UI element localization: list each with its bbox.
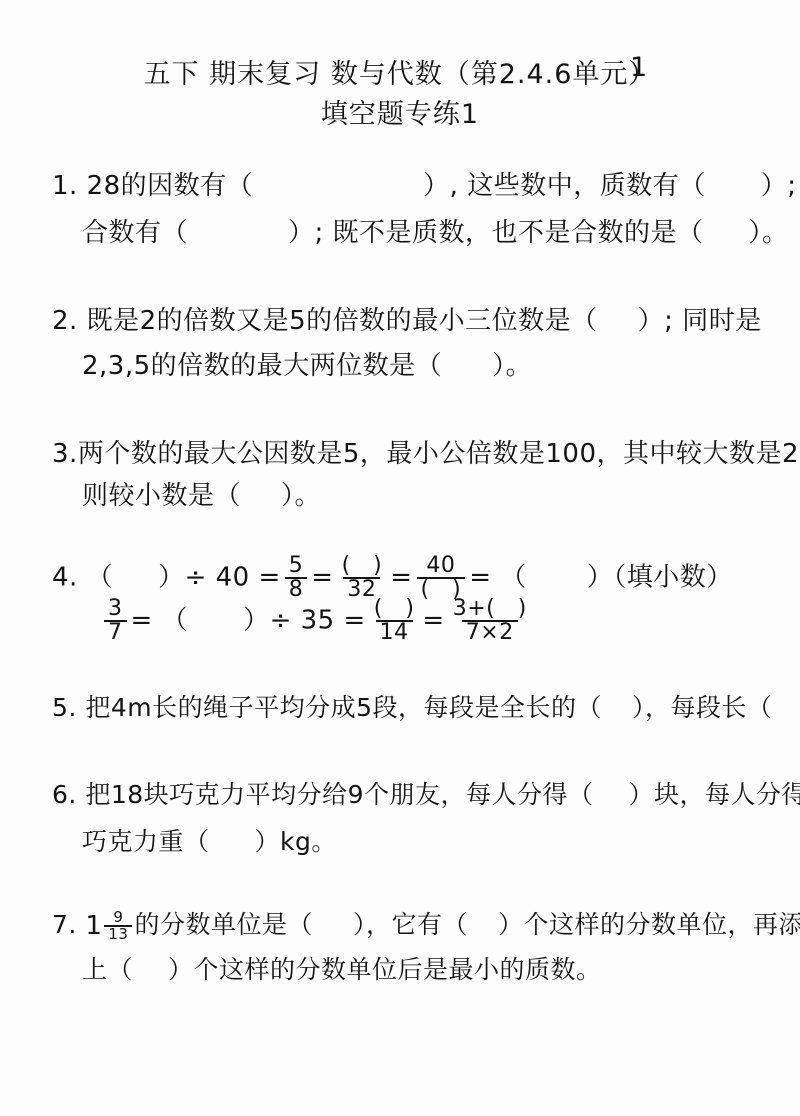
text: ）。 <box>749 218 789 248</box>
question-1-line-2: 合数有（）; 既不是质数，也不是合数的是（）。 <box>82 212 789 249</box>
fraction-blank-32[interactable]: ( )32 <box>338 555 387 601</box>
text: ）（填小数） <box>587 563 733 593</box>
question-7-line-1: 7. 1913的分数单位是（），它有（）个这样的分数单位，再添 <box>52 905 800 942</box>
question-3-line-2: 则较小数是（）。 <box>82 475 321 512</box>
text: ）个这样的分数单位，再添 <box>498 910 800 939</box>
text: ）÷ 40 = <box>158 563 281 593</box>
fraction-3plus-blank-7x2[interactable]: 3+( )7×2 <box>449 598 531 644</box>
question-number: 3. <box>52 439 78 469</box>
text: ）。 <box>281 481 321 511</box>
text: 则较小数是（ <box>82 481 241 511</box>
question-6-line-1: 6. 把18块巧克力平均分给9个朋友，每人分得（）块，每人分得的 <box>52 775 800 811</box>
text: 的分数单位是（ <box>134 910 313 939</box>
worksheet-subtitle: 填空题专练1 <box>0 92 800 131</box>
fraction-40-blank[interactable]: 40( ) <box>417 555 466 601</box>
question-number: 5. <box>52 693 77 722</box>
text: 既是2的倍数又是5的倍数的最小三位数是（ <box>87 306 598 336</box>
question-4-line-1: 4. （）÷ 40 =58=( )32=40( )= （）（填小数） <box>52 555 733 601</box>
text: ）kg。 <box>255 827 337 856</box>
question-7-line-2: 上（）个这样的分数单位后是最小的质数。 <box>82 950 602 986</box>
question-5-line-1: 5. 把4m长的绳子平均分成5段，每段是全长的（），每段长（）m。 <box>52 688 800 724</box>
text: = <box>390 563 412 593</box>
text: ）; <box>761 171 797 201</box>
text: ）; 同时是 <box>638 306 762 336</box>
text: 巧克力重（ <box>82 827 210 856</box>
text: = （ <box>469 563 527 593</box>
text: 把4m长的绳子平均分成5段，每段是全长的（ <box>85 693 602 722</box>
text: （ <box>87 563 114 593</box>
question-2-line-1: 2. 既是2的倍数又是5的倍数的最小三位数是（）; 同时是 <box>52 300 762 337</box>
text: = （ <box>131 606 189 636</box>
text: 合数有（ <box>82 218 188 248</box>
question-number: 7. <box>52 910 77 939</box>
text: ），每段长（ <box>632 693 773 722</box>
text: = <box>422 606 444 636</box>
question-number: 1. <box>52 171 78 201</box>
text: ）。 <box>492 351 532 381</box>
text: 把18块巧克力平均分给9个朋友，每人分得（ <box>85 780 593 809</box>
text: 两个数的最大公因数是5，最小公倍数是100，其中较大数是25， <box>78 439 800 469</box>
text: 上（ <box>82 955 133 984</box>
text: 28的因数有（ <box>87 171 254 201</box>
text: ）块，每人分得的 <box>629 780 800 809</box>
text: ）, 这些数中，质数有（ <box>423 171 706 201</box>
question-3-line-1: 3.两个数的最大公因数是5，最小公倍数是100，其中较大数是25， <box>52 433 800 470</box>
text: = <box>311 563 333 593</box>
fraction-3-7: 37 <box>104 598 127 644</box>
text: ）个这样的分数单位后是最小的质数。 <box>168 955 602 984</box>
text: 2,3,5的倍数的最大两位数是（ <box>82 351 442 381</box>
question-number: 4. <box>52 563 78 593</box>
text: ），它有（ <box>353 910 468 939</box>
question-4-line-2: 37= （）÷ 35 =( )14=3+( )7×2 <box>100 598 535 644</box>
title-text: 五下 期末复习 数与代数（第2.4.6单元） <box>144 59 657 90</box>
fraction-blank-14[interactable]: ( )14 <box>370 598 419 644</box>
question-number: 2. <box>52 306 78 336</box>
question-1-line-1: 1. 28的因数有（）, 这些数中，质数有（）; <box>52 165 796 202</box>
fraction-5-8: 58 <box>285 555 308 601</box>
text: ）÷ 35 = <box>243 606 366 636</box>
question-2-line-2: 2,3,5的倍数的最大两位数是（）。 <box>82 345 532 382</box>
page-number: 1 <box>630 52 648 83</box>
question-number: 6. <box>52 780 77 809</box>
question-6-line-2: 巧克力重（）kg。 <box>82 822 337 858</box>
mixed-number-1-9-13: 1913 <box>85 910 134 942</box>
worksheet-title: 五下 期末复习 数与代数（第2.4.6单元） 1 <box>0 52 800 91</box>
text: ）; 既不是质数，也不是合数的是（ <box>288 218 704 248</box>
